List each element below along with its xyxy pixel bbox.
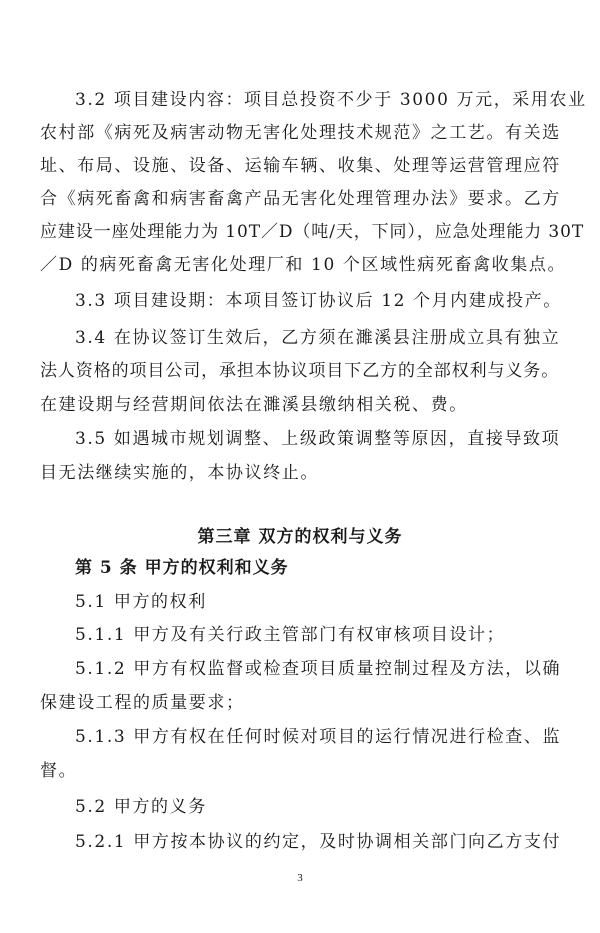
- subsection-5-1-2-line-2: 保建设工程的质量要求；: [40, 692, 530, 714]
- paragraph-3-4-line-1: 3.4 在协议签订生效后，乙方须在濉溪县注册成立具有独立: [75, 327, 530, 349]
- paragraph-3-2-line-1: 3.2 项目建设内容：项目总投资不少于 3000 万元，采用农业: [75, 89, 530, 111]
- paragraph-3-4-line-2: 法人资格的项目公司，承担本协议项目下乙方的全部权利与义务。: [40, 360, 530, 382]
- paragraph-3-2-line-3: 址、布局、设施、设备、运输车辆、收集、处理等运营管理应符: [40, 155, 530, 177]
- paragraph-3-2-line-5: 应建设一座处理能力为 10T／D（吨/天，下同），应急处理能力 30T: [40, 221, 530, 243]
- paragraph-3-2-line-6: ／D 的病死畜禽无害化处理厂和 10 个区域性病死畜禽收集点。: [40, 254, 530, 276]
- subsection-5-2: 5.2 甲方的义务: [75, 796, 530, 818]
- paragraph-3-5-line-2: 目无法继续实施的，本协议终止。: [40, 462, 530, 484]
- subsection-5-2-1-line-1: 5.2.1 甲方按本协议的约定，及时协调相关部门向乙方支付: [75, 831, 530, 853]
- subsection-5-1: 5.1 甲方的权利: [75, 591, 530, 613]
- chapter-title: 第三章 双方的权利与义务: [0, 526, 600, 548]
- subsection-5-1-3-line-2: 督。: [40, 760, 530, 782]
- paragraph-3-4-line-3: 在建设期与经营期间依法在濉溪县缴纳相关税、费。: [40, 394, 530, 416]
- paragraph-3-2-line-4: 合《病死畜禽和病害畜禽产品无害化处理管理办法》要求。乙方: [40, 188, 530, 210]
- paragraph-3-2-line-2: 农村部《病死及病害动物无害化处理技术规范》之工艺。有关选: [40, 122, 530, 144]
- article-title: 第 5 条 甲方的权利和义务: [75, 557, 289, 579]
- page-number: 3: [0, 871, 600, 885]
- document-page: 3.2 项目建设内容：项目总投资不少于 3000 万元，采用农业 农村部《病死及…: [0, 0, 600, 933]
- subsection-5-1-1: 5.1.1 甲方及有关行政主管部门有权审核项目设计；: [75, 624, 530, 646]
- subsection-5-1-2-line-1: 5.1.2 甲方有权监督或检查项目质量控制过程及方法，以确: [75, 658, 530, 680]
- paragraph-3-5-line-1: 3.5 如遇城市规划调整、上级政策调整等原因，直接导致项: [75, 428, 530, 450]
- subsection-5-1-3-line-1: 5.1.3 甲方有权在任何时候对项目的运行情况进行检查、监: [75, 726, 530, 748]
- paragraph-3-3-line-1: 3.3 项目建设期：本项目签订协议后 12 个月内建成投产。: [75, 290, 530, 312]
